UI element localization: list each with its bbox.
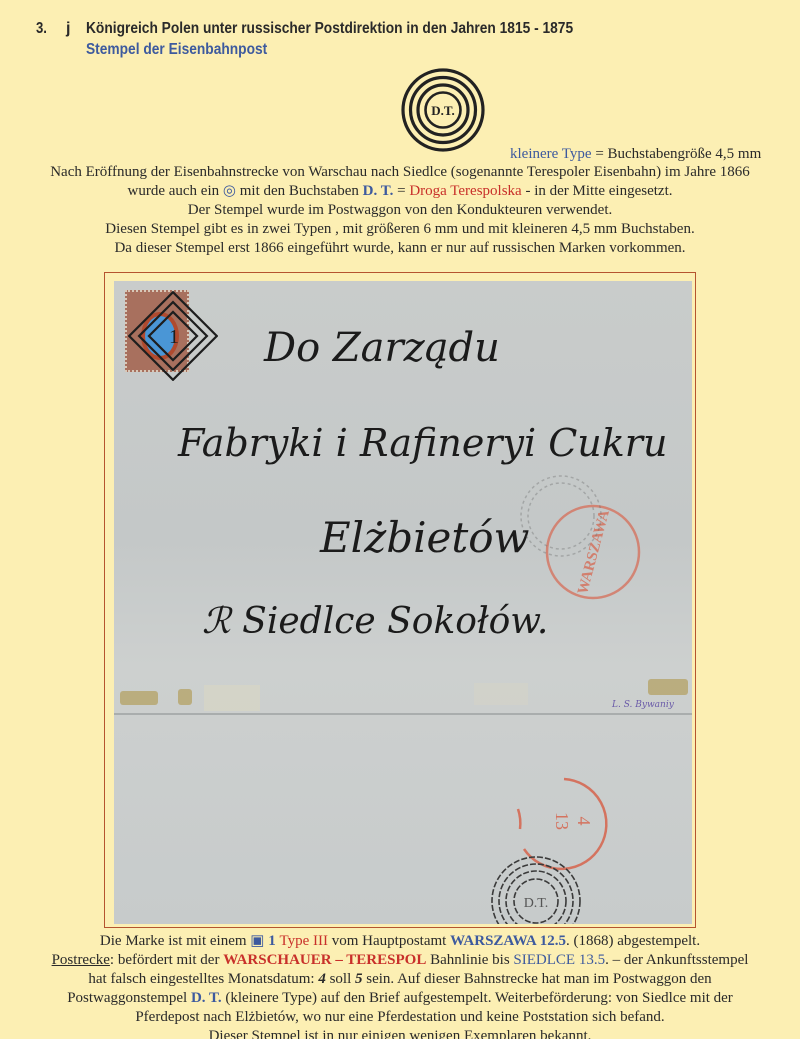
address-line-3: Elżbietów bbox=[320, 513, 530, 562]
address-line-4: ℛ Siedlce Sokołów. bbox=[202, 601, 548, 642]
caption-line-2: Postrecke: befördert mit der WARSCHAUER … bbox=[0, 951, 800, 970]
intro-line-3: Der Stempel wurde im Postwaggon von den … bbox=[0, 201, 800, 220]
cover-fold-line bbox=[114, 713, 692, 715]
pencil-signature: L. S. Bywaniy bbox=[612, 700, 674, 710]
section-number: 3. bbox=[36, 20, 47, 38]
address-line-1: Do Zarządu bbox=[264, 325, 500, 371]
intro-line-1: Nach Eröffnung der Eisenbahnstrecke von … bbox=[0, 163, 800, 182]
type-note: kleinere Type = Buchstabengröße 4,5 mm bbox=[510, 146, 761, 163]
intro-line-2: wurde auch ein ◎ mit den Buchstaben D. T… bbox=[0, 182, 800, 201]
svg-text:D.T.: D.T. bbox=[524, 896, 549, 911]
dt-postmark-illustration-icon: D.T. bbox=[400, 67, 486, 153]
postal-cover-image: 1 Do Zarządu Fabryki i Rafineryi Cukru E… bbox=[114, 281, 692, 924]
square-cancel-icon: ▣ bbox=[250, 933, 264, 949]
svg-text:D.T.: D.T. bbox=[431, 103, 455, 118]
caption-line-4: Postwaggonstempel D. T. (kleinere Type) … bbox=[0, 989, 800, 1008]
caption-line-3: hat falsch eingestelltes Monatsdatum: 4 … bbox=[0, 970, 800, 989]
page-subtitle: Stempel der Eisenbahnpost bbox=[86, 41, 267, 59]
dt-railway-postmark-icon: D.T. bbox=[486, 851, 586, 924]
stain bbox=[178, 689, 192, 705]
page-title: Königreich Polen unter russischer Postdi… bbox=[86, 20, 573, 38]
stain bbox=[120, 691, 158, 705]
caption-line-5: Pferdepost nach Elżbietów, wo nur eine P… bbox=[0, 1008, 800, 1027]
faint-offset-postmark-icon bbox=[516, 471, 606, 561]
numeral-cancel-icon: 1 bbox=[128, 291, 218, 381]
svg-text:4: 4 bbox=[574, 817, 594, 826]
paper-hinge bbox=[204, 685, 260, 711]
paper-hinge bbox=[474, 683, 528, 705]
caption-line-6: Dieser Stempel ist in nur einigen wenige… bbox=[0, 1027, 800, 1039]
intro-line-5: Da dieser Stempel erst 1866 eingeführt w… bbox=[0, 239, 800, 258]
address-line-2: Fabryki i Rafineryi Cukru bbox=[178, 421, 667, 465]
stain bbox=[648, 679, 688, 695]
caption-line-1: Die Marke ist mit einem ▣ 1 Type III vom… bbox=[0, 932, 800, 951]
svg-text:13: 13 bbox=[552, 812, 572, 830]
concentric-circle-icon: ◎ bbox=[223, 183, 236, 199]
caption-text: Die Marke ist mit einem ▣ 1 Type III vom… bbox=[0, 932, 800, 1039]
intro-line-4: Diesen Stempel gibt es in zwei Typen , m… bbox=[0, 220, 800, 239]
intro-text: Nach Eröffnung der Eisenbahnstrecke von … bbox=[0, 163, 800, 258]
svg-text:1: 1 bbox=[169, 326, 179, 348]
section-letter: j bbox=[66, 20, 70, 38]
